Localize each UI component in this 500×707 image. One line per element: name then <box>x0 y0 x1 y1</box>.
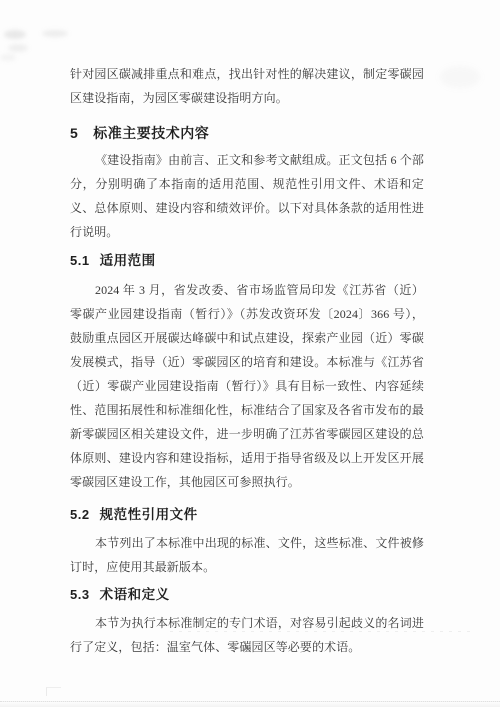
section-5-1-title: 适用范围 <box>100 253 156 268</box>
page-number: 9 <box>0 643 497 657</box>
section-5-2-paragraph: 本节列出了本标准中出现的标准、文件，这些标准、文件被修订时，应使用其最新版本。 <box>70 531 424 579</box>
section-5-2-title: 规范性引用文件 <box>100 507 198 522</box>
section-5-intro-paragraph: 《建设指南》由前言、正文和参考文献组成。正文包括 6 个部分，分别明确了本指南的… <box>70 148 424 244</box>
section-5-title: 标准主要技术内容 <box>93 125 209 141</box>
section-5-number: 5 <box>70 122 78 144</box>
scan-smudge <box>46 687 61 696</box>
body-paragraph-continuation: 针对园区碳减排重点和难点，找出针对性的解决建议，制定零碳园区建设指南，为园区零碳… <box>70 62 424 110</box>
section-5-2-number: 5.2 <box>70 504 90 526</box>
section-5-1-heading: 5.1适用范围 <box>70 250 424 272</box>
section-5-heading: 5标准主要技术内容 <box>70 122 424 144</box>
document-body: 针对园区碳减排重点和难点，找出针对性的解决建议，制定零碳园区建设指南，为园区零碳… <box>70 62 424 659</box>
scan-smudge <box>4 30 26 39</box>
section-5-2-heading: 5.2规范性引用文件 <box>70 504 424 526</box>
scan-smudge <box>440 66 480 88</box>
scan-smudge <box>0 54 16 61</box>
scan-page-edge <box>0 701 500 707</box>
section-5-1-number: 5.1 <box>70 250 90 272</box>
section-5-3-heading: 5.3术语和定义 <box>70 584 424 606</box>
section-5-1-paragraph: 2024 年 3 月，省发改委、省市场监管局印发《江苏省（近）零碳产业园建设指南… <box>70 278 424 494</box>
section-5-3-title: 术语和定义 <box>100 587 170 602</box>
scan-smudge <box>42 30 68 37</box>
section-5-3-number: 5.3 <box>70 584 90 606</box>
scan-smudge <box>8 44 28 52</box>
document-page: 针对园区碳减排重点和难点，找出针对性的解决建议，制定零碳园区建设指南，为园区零碳… <box>0 0 500 707</box>
